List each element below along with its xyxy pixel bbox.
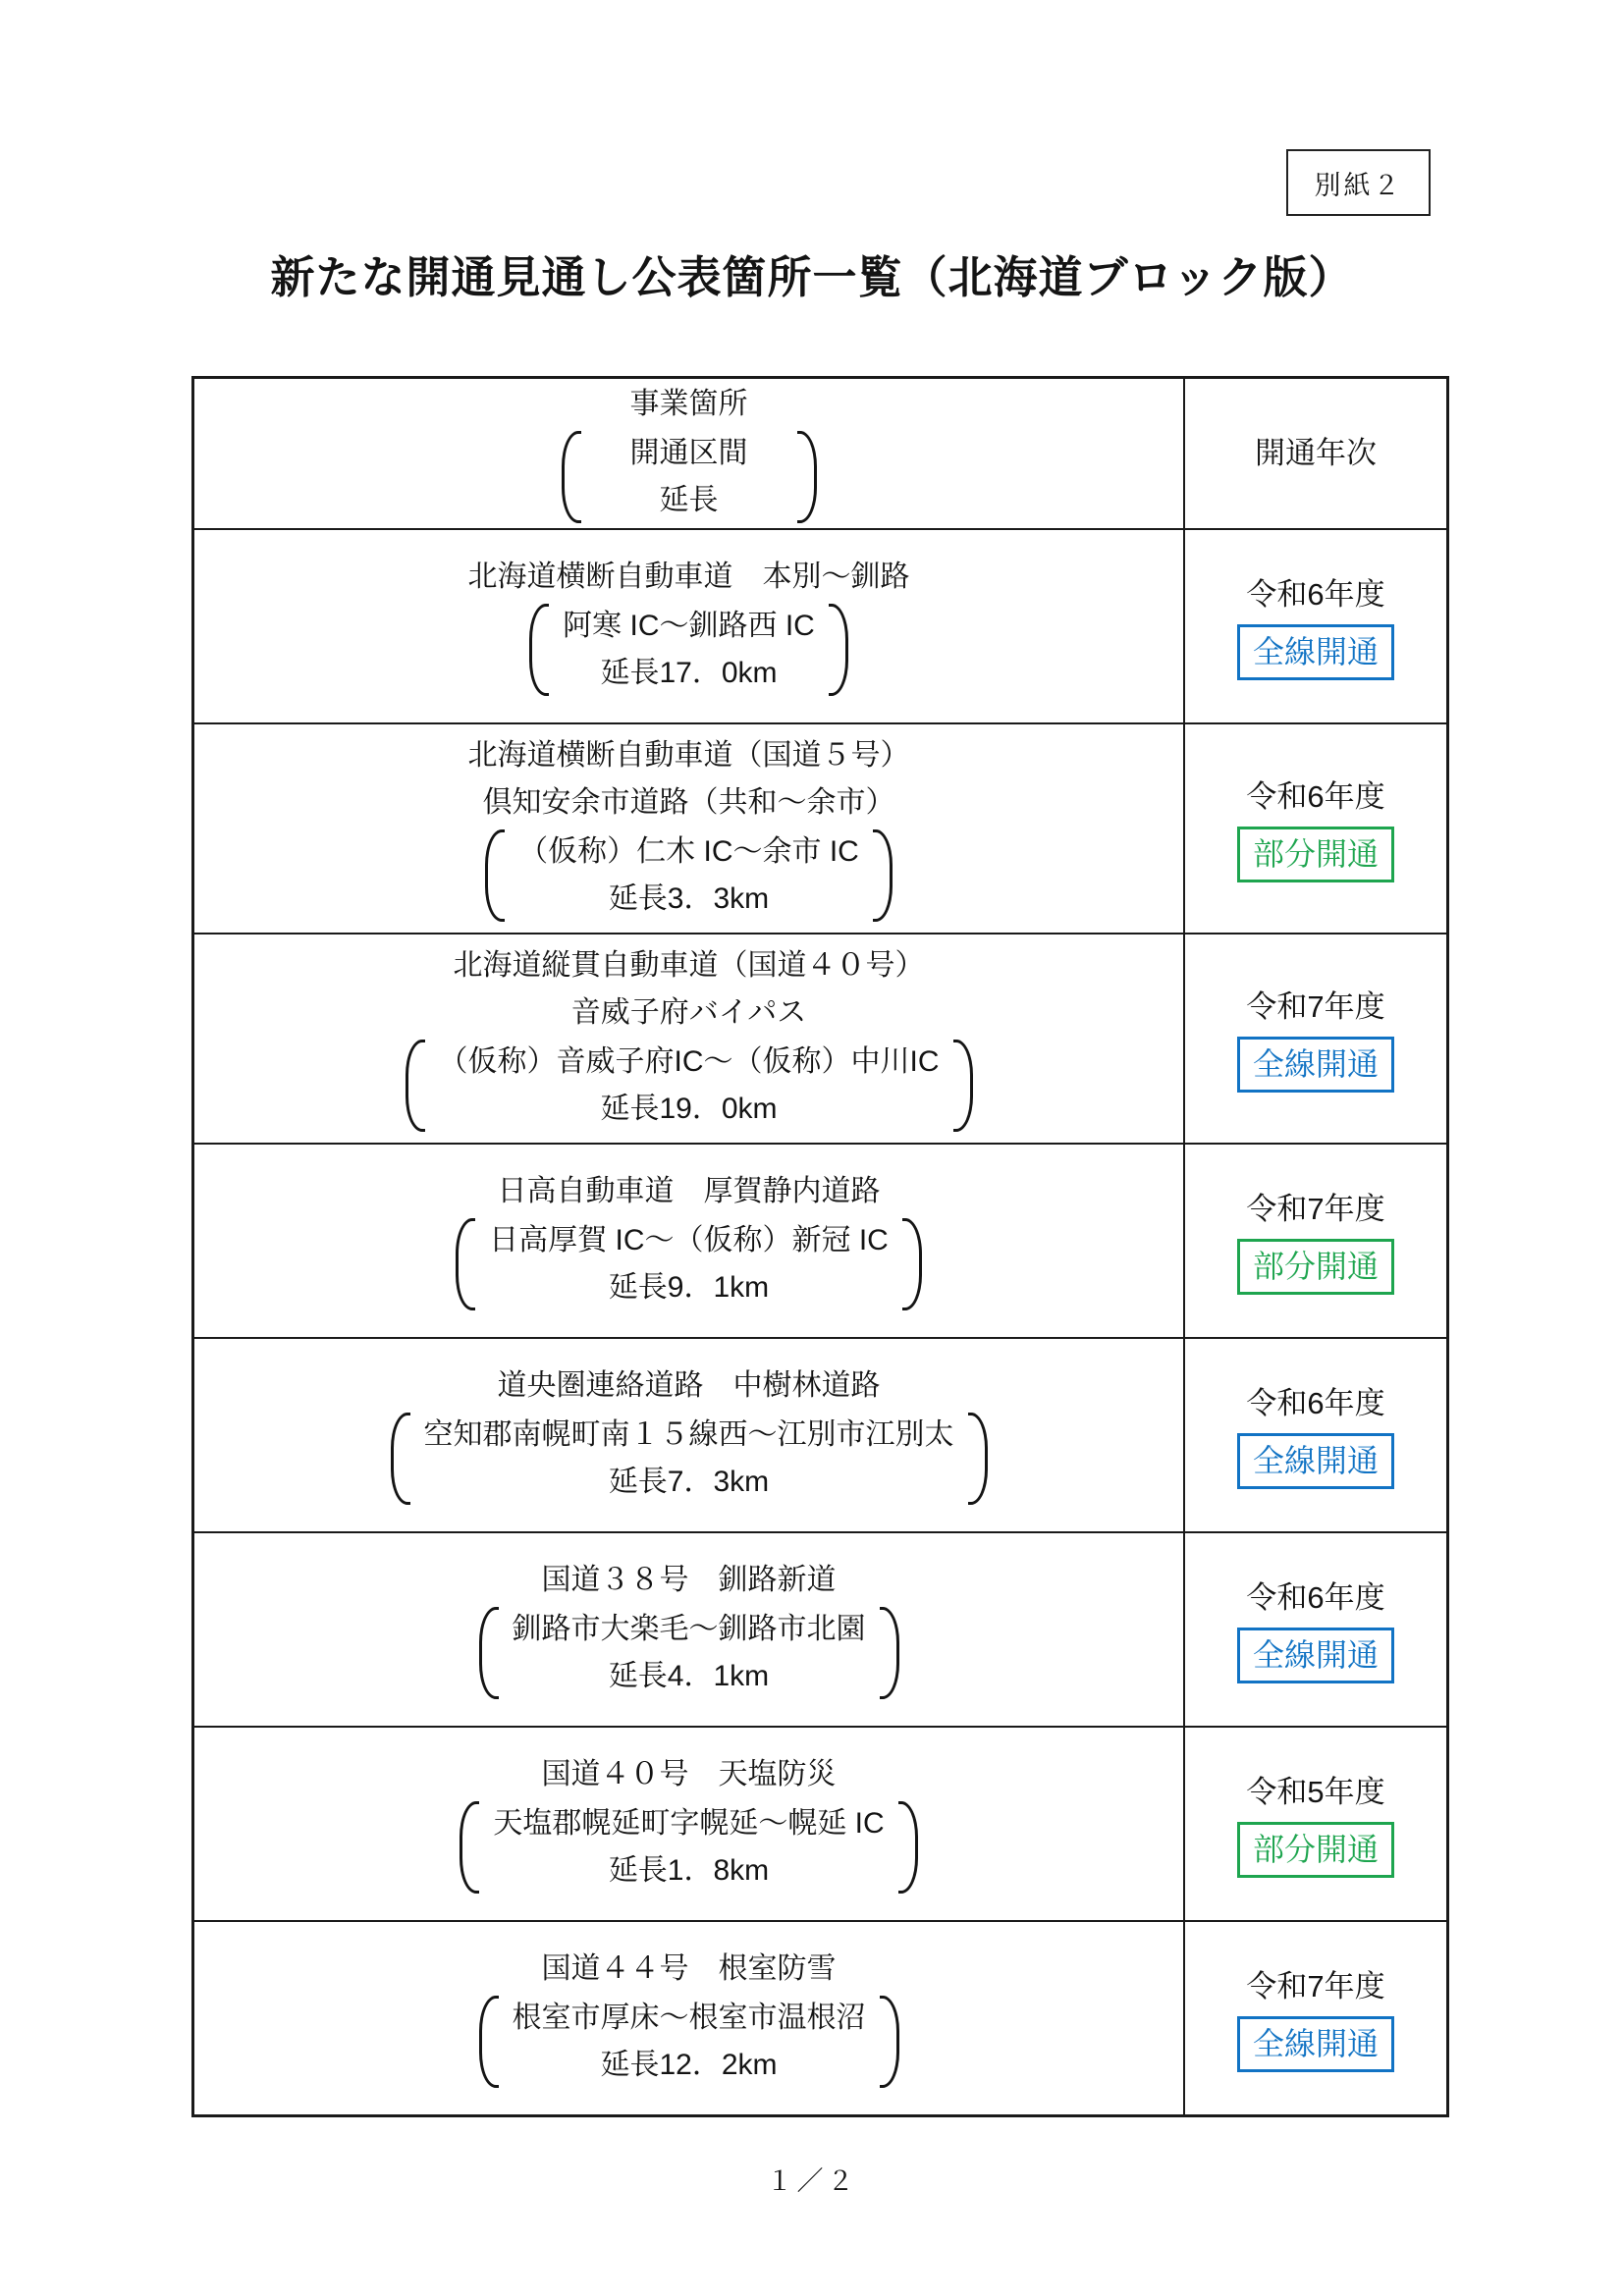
length-line: 延長1．8km	[609, 1847, 769, 1895]
project-bracket: （仮称）音威子府IC～（仮称）中川IC延長19．0km	[406, 1037, 973, 1135]
status-badge: 全線開通	[1237, 1628, 1394, 1683]
table-body: 北海道横断自動車道 本別～釧路阿寒 IC～釧路西 IC延長17．0km令和6年度…	[194, 528, 1446, 2114]
opening-cell: 令和7年度全線開通	[1183, 934, 1446, 1143]
opening-cell: 令和6年度部分開通	[1183, 724, 1446, 933]
status-badge: 全線開通	[1237, 1037, 1394, 1093]
opening-cell: 令和6年度全線開通	[1183, 1533, 1446, 1726]
length-line: 延長3．3km	[609, 876, 769, 923]
section-line: 阿寒 IC～釧路西 IC	[563, 603, 815, 650]
project-title-line: 国道４４号 根室防雪	[542, 1946, 837, 1993]
project-bracket: 空知郡南幌町南１５線西～江別市江別太延長7．3km	[391, 1410, 988, 1508]
table-row: 国道４０号 天塩防災天塩郡幌延町字幌延～幌延 IC延長1．8km令和5年度部分開…	[194, 1726, 1446, 1920]
document-page: 別紙２ 新たな開通見通し公表箇所一覧（北海道ブロック版） 事業箇所 開通区間 延…	[0, 0, 1624, 2296]
opening-forecast-table: 事業箇所 開通区間 延長 開通年次 北海道横断自動車道 本別～釧路阿寒 IC～釧…	[191, 376, 1449, 2117]
project-title-line: 音威子府バイパス	[571, 989, 806, 1037]
table-row: 日高自動車道 厚賀静内道路日高厚賀 IC～（仮称）新冠 IC延長9．1km令和7…	[194, 1143, 1446, 1337]
length-line: 延長17．0km	[600, 650, 777, 697]
opening-year: 令和6年度	[1246, 775, 1384, 819]
opening-cell: 令和5年度部分開通	[1183, 1728, 1446, 1920]
table-row: 北海道横断自動車道 本別～釧路阿寒 IC～釧路西 IC延長17．0km令和6年度…	[194, 528, 1446, 722]
header-section-label: 開通区間	[630, 430, 748, 477]
project-title-line: 北海道横断自動車道 本別～釧路	[468, 554, 910, 601]
opening-cell: 令和7年度全線開通	[1183, 1922, 1446, 2114]
project-title-line: 道央圏連絡道路 中樹林道路	[498, 1362, 881, 1410]
length-line: 延長4．1km	[609, 1653, 769, 1700]
project-cell: 国道４４号 根室防雪根室市厚床～根室市温根沼延長12．2km	[194, 1922, 1183, 2114]
table-header-row: 事業箇所 開通区間 延長 開通年次	[194, 379, 1446, 528]
section-line: 日高厚賀 IC～（仮称）新冠 IC	[489, 1217, 889, 1264]
status-badge: 部分開通	[1237, 1239, 1394, 1295]
page-title: 新たな開通見通し公表箇所一覧（北海道ブロック版）	[0, 241, 1624, 305]
opening-cell: 令和6年度全線開通	[1183, 530, 1446, 722]
opening-year: 令和6年度	[1246, 573, 1384, 616]
project-bracket: 天塩郡幌延町字幌延～幌延 IC延長1．8km	[460, 1798, 917, 1896]
length-line: 延長7．3km	[609, 1459, 769, 1506]
project-cell: 日高自動車道 厚賀静内道路日高厚賀 IC～（仮称）新冠 IC延長9．1km	[194, 1145, 1183, 1337]
project-bracket: 釧路市大楽毛～釧路市北園延長4．1km	[479, 1604, 899, 1702]
header-length-label: 延長	[660, 477, 719, 524]
project-title-line: 国道４０号 天塩防災	[542, 1751, 837, 1798]
project-bracket: （仮称）仁木 IC～余市 IC延長3．3km	[485, 827, 893, 925]
header-project-cell: 事業箇所 開通区間 延長	[194, 379, 1183, 528]
table-row: 道央圏連絡道路 中樹林道路空知郡南幌町南１５線西～江別市江別太延長7．3km令和…	[194, 1337, 1446, 1531]
table-row: 国道４４号 根室防雪根室市厚床～根室市温根沼延長12．2km令和7年度全線開通	[194, 1920, 1446, 2114]
status-badge: 部分開通	[1237, 1822, 1394, 1878]
project-title-line: 倶知安余市道路（共和～余市）	[483, 779, 895, 827]
table-row: 北海道横断自動車道（国道５号）倶知安余市道路（共和～余市）（仮称）仁木 IC～余…	[194, 722, 1446, 933]
header-bracket: 開通区間 延長	[562, 428, 817, 526]
opening-year: 令和6年度	[1246, 1382, 1384, 1425]
opening-cell: 令和7年度部分開通	[1183, 1145, 1446, 1337]
section-line: 天塩郡幌延町字幌延～幌延 IC	[493, 1800, 884, 1847]
project-title-line: 国道３８号 釧路新道	[542, 1557, 837, 1604]
page-number: １／２	[0, 2160, 1624, 2198]
project-cell: 国道３８号 釧路新道釧路市大楽毛～釧路市北園延長4．1km	[194, 1533, 1183, 1726]
project-cell: 北海道横断自動車道（国道５号）倶知安余市道路（共和～余市）（仮称）仁木 IC～余…	[194, 724, 1183, 933]
header-year-label: 開通年次	[1255, 432, 1377, 475]
opening-year: 令和7年度	[1246, 986, 1384, 1029]
status-badge: 全線開通	[1237, 2016, 1394, 2072]
project-bracket: 阿寒 IC～釧路西 IC延長17．0km	[529, 601, 848, 699]
project-title-line: 北海道横断自動車道（国道５号）	[468, 732, 910, 779]
section-line: （仮称）音威子府IC～（仮称）中川IC	[439, 1039, 940, 1086]
section-line: 釧路市大楽毛～釧路市北園	[513, 1606, 866, 1653]
status-badge: 全線開通	[1237, 624, 1394, 680]
project-cell: 国道４０号 天塩防災天塩郡幌延町字幌延～幌延 IC延長1．8km	[194, 1728, 1183, 1920]
project-title-line: 日高自動車道 厚賀静内道路	[498, 1168, 881, 1215]
length-line: 延長9．1km	[609, 1264, 769, 1311]
section-line: 空知郡南幌町南１５線西～江別市江別太	[424, 1412, 954, 1459]
status-badge: 部分開通	[1237, 827, 1394, 882]
header-project-label: 事業箇所	[630, 381, 748, 428]
section-line: 根室市厚床～根室市温根沼	[513, 1995, 866, 2042]
status-badge: 全線開通	[1237, 1433, 1394, 1489]
length-line: 延長19．0km	[600, 1086, 777, 1133]
opening-year: 令和7年度	[1246, 1188, 1384, 1231]
table-row: 国道３８号 釧路新道釧路市大楽毛～釧路市北園延長4．1km令和6年度全線開通	[194, 1531, 1446, 1726]
attachment-tag-label: 別紙２	[1315, 164, 1403, 202]
length-line: 延長12．2km	[600, 2042, 777, 2089]
table-row: 北海道縦貫自動車道（国道４０号）音威子府バイパス（仮称）音威子府IC～（仮称）中…	[194, 933, 1446, 1143]
project-cell: 北海道横断自動車道 本別～釧路阿寒 IC～釧路西 IC延長17．0km	[194, 530, 1183, 722]
project-bracket: 根室市厚床～根室市温根沼延長12．2km	[479, 1993, 899, 2091]
header-year-cell: 開通年次	[1183, 379, 1446, 528]
project-bracket: 日高厚賀 IC～（仮称）新冠 IC延長9．1km	[456, 1215, 922, 1313]
attachment-tag-box: 別紙２	[1286, 149, 1431, 216]
opening-year: 令和7年度	[1246, 1965, 1384, 2008]
opening-year: 令和6年度	[1246, 1576, 1384, 1620]
project-title-line: 北海道縦貫自動車道（国道４０号）	[454, 942, 925, 989]
project-cell: 道央圏連絡道路 中樹林道路空知郡南幌町南１５線西～江別市江別太延長7．3km	[194, 1339, 1183, 1531]
opening-year: 令和5年度	[1246, 1771, 1384, 1814]
opening-cell: 令和6年度全線開通	[1183, 1339, 1446, 1531]
project-cell: 北海道縦貫自動車道（国道４０号）音威子府バイパス（仮称）音威子府IC～（仮称）中…	[194, 934, 1183, 1143]
section-line: （仮称）仁木 IC～余市 IC	[518, 828, 859, 876]
